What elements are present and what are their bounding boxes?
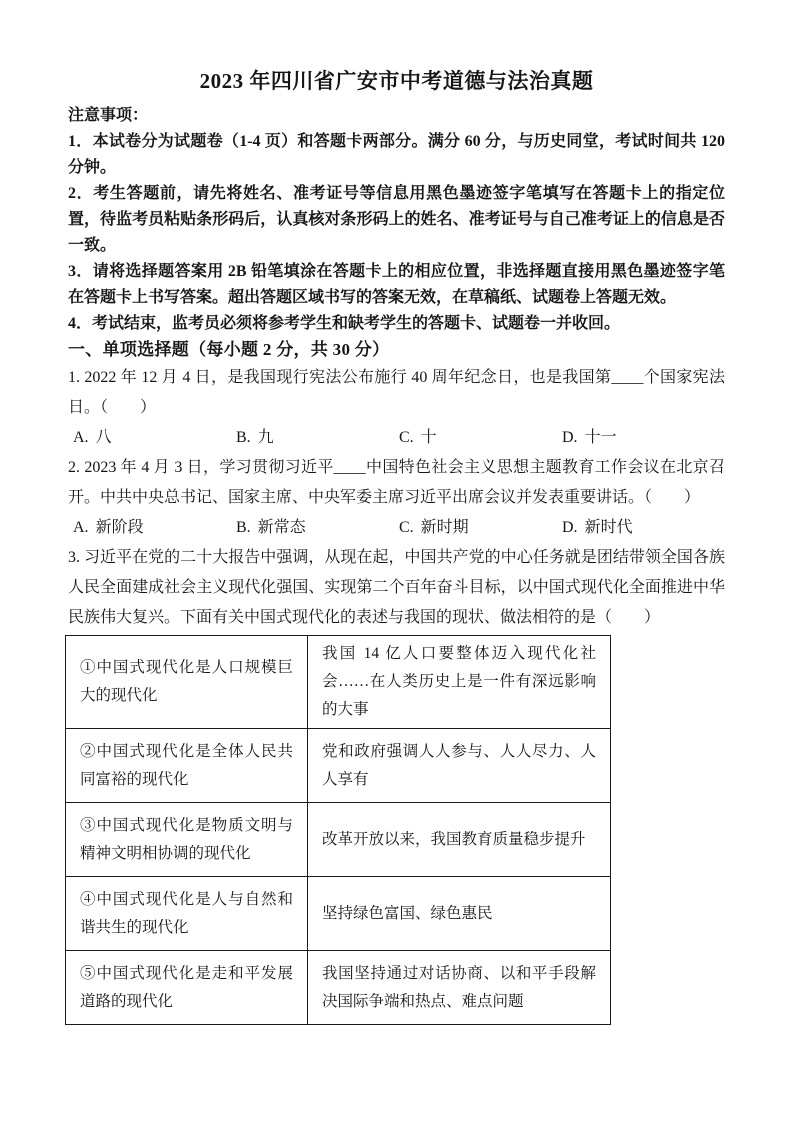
- option-text: 八: [96, 429, 112, 446]
- question-3-text: 3. 习近平在党的二十大报告中强调，从现在起，中国共产党的中心任务就是团结带领全…: [68, 543, 725, 633]
- option-text: 新时期: [421, 519, 469, 536]
- option-label: C.: [399, 429, 414, 446]
- question-2-option-b: B.新常态: [236, 513, 399, 543]
- question-1-option-a: A.八: [73, 423, 236, 453]
- notice-item-1: 1．本试卷分为试题卷（1-4 页）和答题卡两部分。满分 60 分，与历史同堂，考…: [68, 129, 725, 181]
- exam-paper-page: 2023 年四川省广安市中考道德与法治真题 注意事项： 1．本试卷分为试题卷（1…: [0, 0, 793, 1122]
- question-1-options: A.八 B.九 C.十 D.十一: [68, 423, 725, 453]
- notice-section: 注意事项： 1．本试卷分为试题卷（1-4 页）和答题卡两部分。满分 60 分，与…: [68, 103, 725, 337]
- notice-item-4: 4．考试结束，监考员必须将参考学生和缺考学生的答题卡、试题卷一并收回。: [68, 311, 725, 337]
- option-label: A.: [73, 519, 89, 536]
- question-1-option-d: D.十一: [562, 423, 725, 453]
- option-label: D.: [562, 429, 578, 446]
- table-row: ⑤中国式现代化是走和平发展道路的现代化 我国坚持通过对话协商、以和平手段解决国际…: [66, 951, 611, 1025]
- option-label: B.: [236, 519, 251, 536]
- table-row: ③中国式现代化是物质文明与精神文明相协调的现代化 改革开放以来，我国教育质量稳步…: [66, 803, 611, 877]
- table-cell-practice: 改革开放以来，我国教育质量稳步提升: [308, 803, 611, 877]
- option-label: A.: [73, 429, 89, 446]
- option-text: 新时代: [585, 519, 633, 536]
- table-row: ④中国式现代化是人与自然和谐共生的现代化 坚持绿色富国、绿色惠民: [66, 877, 611, 951]
- question-2-option-c: C.新时期: [399, 513, 562, 543]
- table-cell-statement: ③中国式现代化是物质文明与精神文明相协调的现代化: [66, 803, 308, 877]
- question-2-option-a: A.新阶段: [73, 513, 236, 543]
- question-3: 3. 习近平在党的二十大报告中强调，从现在起，中国共产党的中心任务就是团结带领全…: [68, 543, 725, 1025]
- question-2: 2. 2023 年 4 月 3 日，学习贯彻习近平____中国特色社会主义思想主…: [68, 453, 725, 543]
- question-2-text: 2. 2023 年 4 月 3 日，学习贯彻习近平____中国特色社会主义思想主…: [68, 453, 725, 513]
- page-title: 2023 年四川省广安市中考道德与法治真题: [68, 66, 725, 96]
- question-1: 1. 2022 年 12 月 4 日，是我国现行宪法公布施行 40 周年纪念日，…: [68, 363, 725, 453]
- option-text: 新阶段: [96, 519, 144, 536]
- table-cell-practice: 我国坚持通过对话协商、以和平手段解决国际争端和热点、难点问题: [308, 951, 611, 1025]
- section-heading: 一、单项选择题（每小题 2 分，共 30 分）: [68, 337, 725, 363]
- table-cell-statement: ⑤中国式现代化是走和平发展道路的现代化: [66, 951, 308, 1025]
- table-row: ②中国式现代化是全体人民共同富裕的现代化 党和政府强调人人参与、人人尽力、人人享…: [66, 729, 611, 803]
- question-3-comparison-table: ①中国式现代化是人口规模巨大的现代化 我国 14 亿人口要整体迈入现代化社会………: [65, 635, 611, 1025]
- table-cell-statement: ②中国式现代化是全体人民共同富裕的现代化: [66, 729, 308, 803]
- question-1-option-c: C.十: [399, 423, 562, 453]
- question-1-option-b: B.九: [236, 423, 399, 453]
- notice-item-2: 2．考生答题前，请先将姓名、准考证号等信息用黑色墨迹签字笔填写在答题卡上的指定位…: [68, 181, 725, 259]
- option-text: 十: [421, 429, 437, 446]
- table-row: ①中国式现代化是人口规模巨大的现代化 我国 14 亿人口要整体迈入现代化社会………: [66, 636, 611, 729]
- question-1-text: 1. 2022 年 12 月 4 日，是我国现行宪法公布施行 40 周年纪念日，…: [68, 363, 725, 423]
- question-2-options: A.新阶段 B.新常态 C.新时期 D.新时代: [68, 513, 725, 543]
- option-text: 九: [258, 429, 274, 446]
- table-cell-practice: 坚持绿色富国、绿色惠民: [308, 877, 611, 951]
- option-label: D.: [562, 519, 578, 536]
- table-cell-practice: 党和政府强调人人参与、人人尽力、人人享有: [308, 729, 611, 803]
- option-label: B.: [236, 429, 251, 446]
- option-text: 十一: [585, 429, 617, 446]
- option-text: 新常态: [258, 519, 306, 536]
- question-2-option-d: D.新时代: [562, 513, 725, 543]
- table-cell-statement: ①中国式现代化是人口规模巨大的现代化: [66, 636, 308, 729]
- option-label: C.: [399, 519, 414, 536]
- notice-heading: 注意事项：: [68, 103, 725, 129]
- table-cell-practice: 我国 14 亿人口要整体迈入现代化社会……在人类历史上是一件有深远影响的大事: [308, 636, 611, 729]
- notice-item-3: 3．请将选择题答案用 2B 铅笔填涂在答题卡上的相应位置，非选择题直接用黑色墨迹…: [68, 259, 725, 311]
- table-cell-statement: ④中国式现代化是人与自然和谐共生的现代化: [66, 877, 308, 951]
